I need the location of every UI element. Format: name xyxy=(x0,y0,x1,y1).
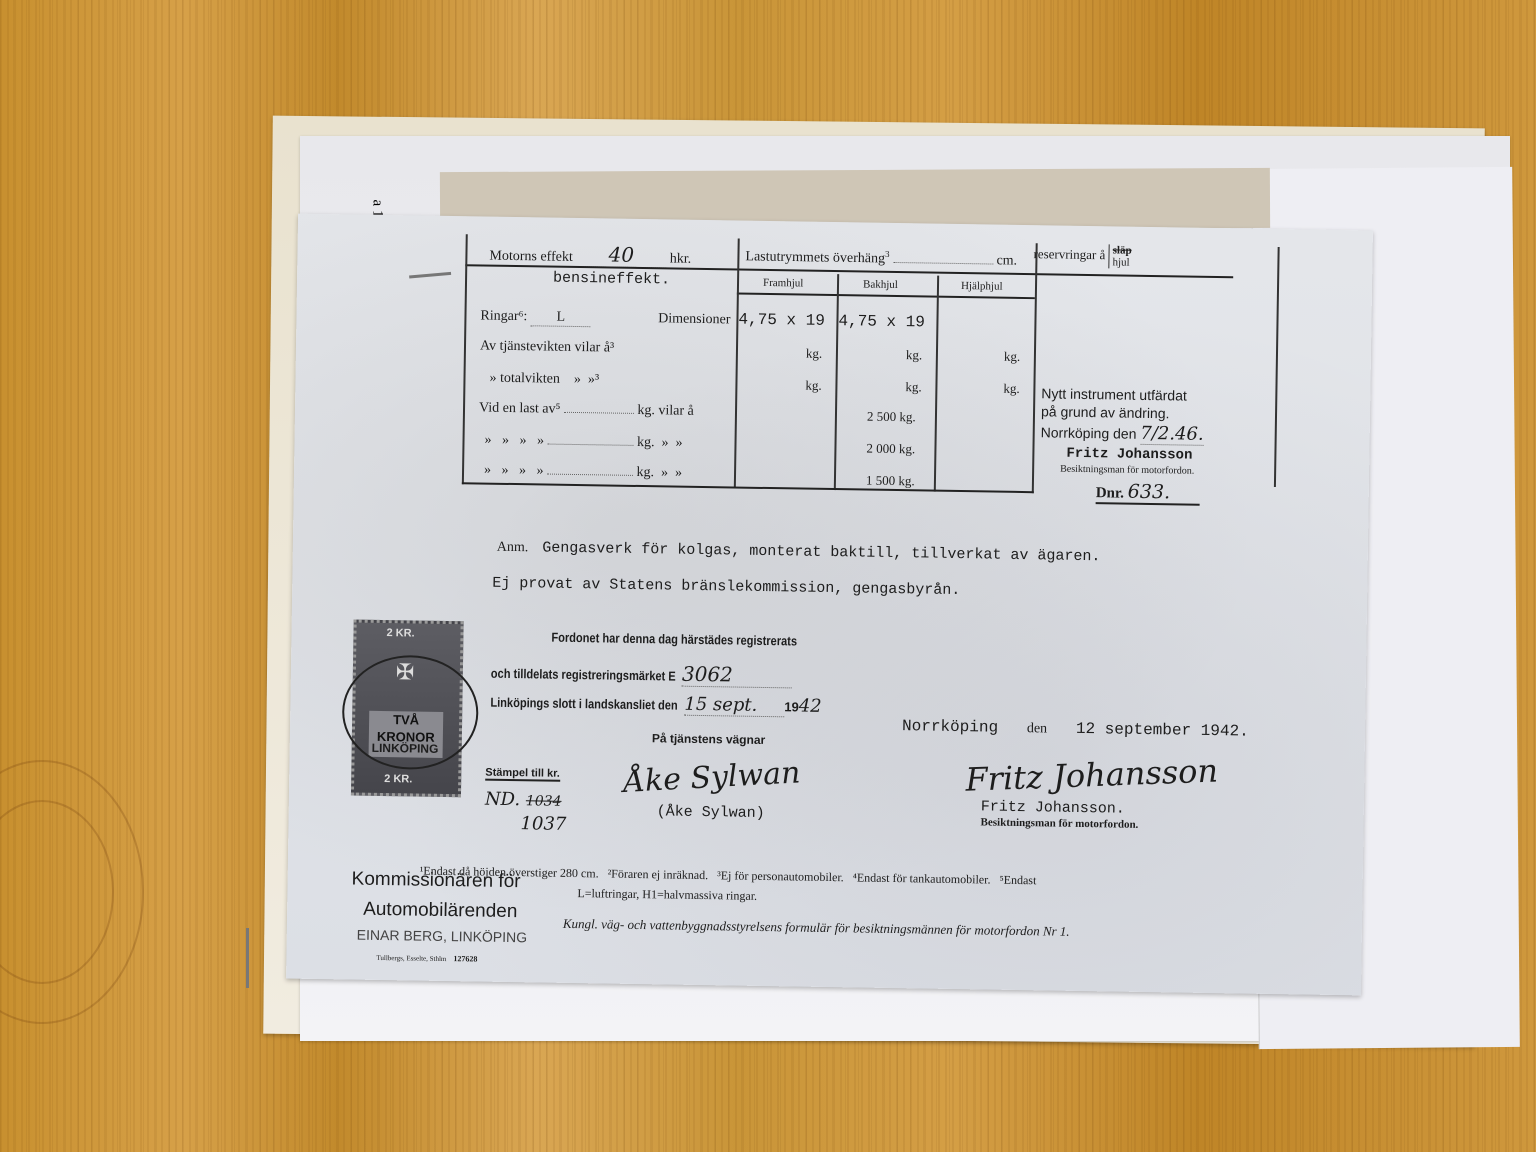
amendment-title: Besiktningsman för motorfordon. xyxy=(1060,464,1194,477)
amendment-date: 7/2.46. xyxy=(1140,423,1204,446)
publisher-line-2: Automobilärenden xyxy=(363,899,518,923)
reg-place: Linköpings slott i landskansliet den xyxy=(490,695,677,713)
staple xyxy=(409,272,451,279)
remarks-line-1: Anm. Gengasverk för kolgas, monterat bak… xyxy=(497,539,1101,565)
publisher-line-3: EINAR BERG, LINKÖPING xyxy=(357,927,528,946)
stamp-bottom: 2 KR. xyxy=(384,773,412,785)
registration-line-1: Fordonet har denna dag härstädes registr… xyxy=(551,630,797,649)
stamp-no-label: ND. xyxy=(485,789,521,811)
dnr-value: 633. xyxy=(1128,481,1171,504)
amendment-name: Fritz Johansson xyxy=(1066,446,1192,464)
row-load-2: » » » » kg. » » xyxy=(484,433,682,452)
motor-label-text: Motorns effekt xyxy=(489,249,573,265)
row-label: Vid en last av⁵ xyxy=(479,400,561,416)
cell: kg. xyxy=(806,346,822,362)
rule xyxy=(462,482,1034,493)
signoff-den: den xyxy=(1027,721,1047,736)
stamp-no-struck: 1034 xyxy=(526,793,562,810)
row-label-2: Dimensioner xyxy=(658,311,731,328)
row-label-2: kg. vilar å xyxy=(637,403,694,419)
row-tare-weight: Av tjänstevikten vilar å³ xyxy=(480,338,614,356)
inspector-title: Besiktningsman för motorfordon. xyxy=(981,816,1139,830)
printer-line: Tullbergs, Esselte, Sthlm 127628 xyxy=(376,953,477,964)
official-name: (Åke Sylwan) xyxy=(657,803,765,822)
registration-date: 15 sept. xyxy=(684,694,784,718)
cell: kg. xyxy=(906,347,922,363)
rule xyxy=(934,276,939,492)
form-number: 127628 xyxy=(453,954,477,963)
spare-text: reservringar å xyxy=(1033,246,1105,262)
rear-load-1: 2 500 kg. xyxy=(867,409,916,426)
rule xyxy=(1032,243,1037,493)
registration-year: 42 xyxy=(799,696,822,717)
registration-number: 3062 xyxy=(682,662,792,689)
amendment-line-1: Nytt instrument utfärdat xyxy=(1041,385,1187,403)
rule xyxy=(734,239,739,489)
rear-load-2: 2 000 kg. xyxy=(866,441,915,458)
row-label-2: kg. » » xyxy=(637,435,683,451)
remarks-text-1: Gengasverk för kolgas, monterat baktill,… xyxy=(542,539,1100,565)
motor-unit: hkr. xyxy=(670,251,692,266)
stamp-number: ND. 1034 xyxy=(485,789,562,811)
col-aux: Hjälphjul xyxy=(961,280,1003,293)
front-dimension: 4,75 x 19 xyxy=(738,311,825,330)
stamp-number-corrected: 1037 xyxy=(520,813,566,835)
signoff-date: 12 september 1942. xyxy=(1076,720,1249,741)
cell: kg. xyxy=(905,379,921,395)
on-duty-label: På tjänstens vägnar xyxy=(652,731,766,747)
remarks-text-2: Ej provat av Statens bränslekommission, … xyxy=(492,575,960,599)
rule xyxy=(737,293,1035,299)
amendment-line-3: Norrköping den 7/2.46. xyxy=(1041,421,1204,446)
row-label: » » » » xyxy=(484,463,544,479)
col-rear: Bakhjul xyxy=(863,278,898,291)
row-label: » » » » xyxy=(484,433,544,449)
official-signature: Åke Sylwan xyxy=(622,755,801,800)
load-field xyxy=(564,412,634,414)
remarks-label: Anm. xyxy=(497,540,529,555)
overhang-unit: cm. xyxy=(996,253,1017,268)
signoff-line: Norrköping den 12 september 1942. xyxy=(902,717,1249,740)
footnotes-3: Kungl. väg- och vattenbyggnadsstyrelsens… xyxy=(563,916,1070,940)
publisher-line-1: Kommissionären för xyxy=(351,869,520,894)
cell: kg. xyxy=(805,378,821,394)
tyre-type: L xyxy=(531,309,591,327)
row-tyres: Ringar⁶: L Dimensioner xyxy=(480,308,730,329)
postmark-city: LINKÖPING xyxy=(372,741,439,756)
stamp-top: 2 KR. xyxy=(386,627,414,639)
inspector-name: Fritz Johansson. xyxy=(981,798,1125,817)
row-label-2: kg. » » xyxy=(636,465,682,481)
staple xyxy=(246,928,249,988)
row-label: Ringar⁶: xyxy=(480,308,527,324)
row-total-weight: » totalvikten » »³ xyxy=(489,371,599,389)
inspector-signature: Fritz Johansson xyxy=(965,752,1219,799)
spare-option-2: hjul xyxy=(1112,256,1129,268)
signoff-place: Norrköping xyxy=(902,717,998,737)
registration-line-3: Linköpings slott i landskansliet den 15 … xyxy=(490,691,822,718)
overhang-text: Lastutrymmets överhäng xyxy=(745,249,885,266)
col-front: Framhjul xyxy=(763,277,804,290)
registration-line-2: och tilldelats registreringsmärket E 306… xyxy=(491,659,792,689)
spare-label: reservringar å släp hjul xyxy=(1033,243,1131,269)
row-load-1: Vid en last av⁵ kg. vilar å xyxy=(479,400,694,419)
amendment-place: Norrköping den xyxy=(1041,424,1137,442)
load-field xyxy=(547,444,633,446)
spare-option-1: släp xyxy=(1113,244,1132,256)
stamp-fee-label: Stämpel till kr. xyxy=(485,767,560,782)
overhang-sup: 3 xyxy=(885,249,890,259)
motor-value: 40 xyxy=(576,242,666,268)
amendment-line-2: på grund av ändring. xyxy=(1041,403,1170,421)
rear-load-3: 1 500 kg. xyxy=(866,473,915,490)
printer-name: Tullbergs, Esselte, Sthlm xyxy=(376,954,446,963)
dnr-label: Dnr. xyxy=(1096,485,1124,501)
dnr: Dnr. 633. xyxy=(1096,480,1201,506)
load-field xyxy=(547,474,633,476)
rear-dimension: 4,75 x 19 xyxy=(838,312,925,331)
rule xyxy=(1274,247,1279,487)
footnotes-2: L=luftringar, H1=halvmassiva ringar. xyxy=(577,886,757,904)
row-load-3: » » » » kg. » » xyxy=(484,463,682,482)
cell: kg. xyxy=(1003,381,1019,397)
year-prefix: 19 xyxy=(784,699,799,714)
cell: kg. xyxy=(1004,349,1020,365)
rule xyxy=(462,234,467,484)
overhang-field xyxy=(893,262,993,265)
overhang-label: Lastutrymmets överhäng3 cm. xyxy=(745,247,1017,270)
vehicle-certificate: Motorns effekt 40 hkr. Lastutrymmets öve… xyxy=(286,214,1373,996)
fuel-note: bensineffekt. xyxy=(553,270,670,289)
rule xyxy=(834,274,839,490)
reg-label: och tilldelats registreringsmärket E xyxy=(491,666,676,684)
